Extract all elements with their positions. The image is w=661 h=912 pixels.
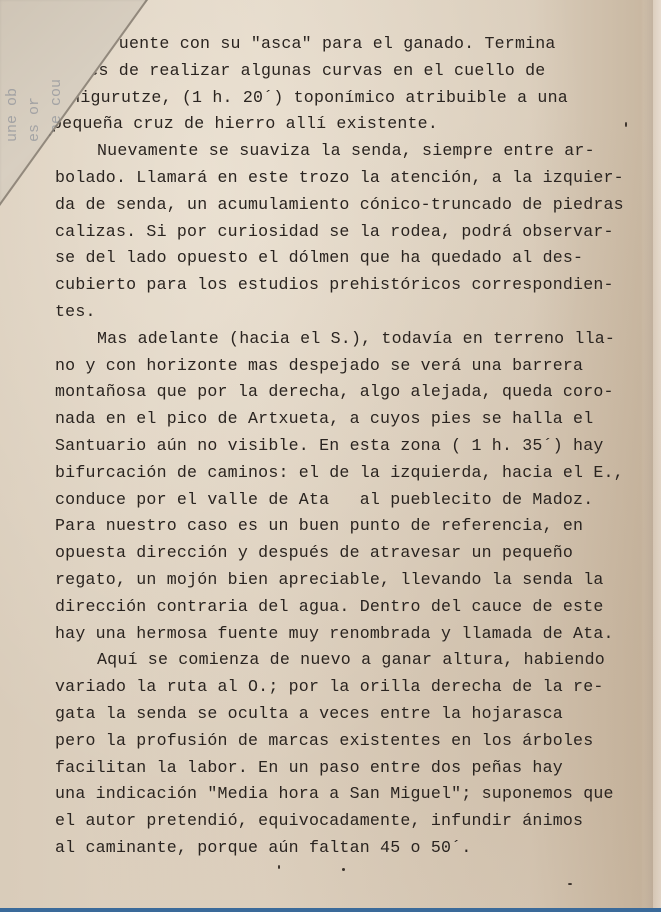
text-line: gata la senda se oculta a veces entre la…: [55, 701, 655, 728]
paragraph-first-line: Nuevamente se suaviza la senda, siempre …: [55, 138, 655, 165]
text-line: tes.: [55, 299, 655, 326]
text-line: bifurcación de caminos: el de la izquier…: [55, 460, 655, 487]
text-line: montañosa que por la derecha, algo aleja…: [55, 379, 655, 406]
text-line: variado la ruta al O.; por la orilla der…: [55, 674, 655, 701]
text-line: el autor pretendió, equivocadamente, inf…: [55, 808, 655, 835]
paragraph-first-line: Mas adelante (hacia el S.), todavía en t…: [55, 326, 655, 353]
text-line: bolado. Llamará en este trozo la atenció…: [55, 165, 655, 192]
text-line: una indicación "Media hora a San Miguel"…: [55, 781, 655, 808]
text-line: hay una hermosa fuente muy renombrada y …: [55, 621, 655, 648]
paper-page: una fuente con su "asca" para el ganado.…: [0, 0, 661, 908]
text-line: cubierto para los estudios prehistóricos…: [55, 272, 655, 299]
text-line: facilitan la labor. En un paso entre dos…: [55, 755, 655, 782]
text-line: nada en el pico de Artxueta, a cuyos pie…: [55, 406, 655, 433]
text-line: pero la profusión de marcas existentes e…: [55, 728, 655, 755]
typewritten-body: una fuente con su "asca" para el ganado.…: [55, 31, 655, 862]
text-line: Para nuestro caso es un buen punto de re…: [55, 513, 655, 540]
scan-bottom-border: [0, 908, 661, 912]
text-line: conduce por el valle de Ata al pueblecit…: [55, 487, 655, 514]
ink-speck: [342, 868, 345, 871]
ink-speck: [278, 865, 280, 869]
text-line: dirección contraria del agua. Dentro del…: [55, 594, 655, 621]
ink-speck: [568, 883, 572, 885]
text-line: al caminante, porque aún faltan 45 o 50´…: [55, 835, 655, 862]
text-line: Santuario aún no visible. En esta zona (…: [55, 433, 655, 460]
ink-speck: [625, 122, 627, 127]
text-line: una fuente con su "asca" para el ganado.…: [55, 31, 655, 58]
bleed-line: une ob: [2, 2, 24, 142]
text-line: pués de realizar algunas curvas en el cu…: [55, 58, 655, 85]
text-line: rnigurutze, (1 h. 20´) toponímico atribu…: [55, 85, 655, 112]
text-line: regato, un mojón bien apreciable, llevan…: [55, 567, 655, 594]
text-line: calizas. Si por curiosidad se la rodea, …: [55, 219, 655, 246]
text-line: se del lado opuesto el dólmen que ha que…: [55, 245, 655, 272]
text-line: no y con horizonte mas despejado se verá…: [55, 353, 655, 380]
text-line: da de senda, un acumulamiento cónico-tru…: [55, 192, 655, 219]
paragraph-first-line: Aquí se comienza de nuevo a ganar altura…: [55, 647, 655, 674]
bleed-line: es or: [24, 2, 46, 142]
text-line: pequeña cruz de hierro allí existente.: [52, 111, 655, 138]
text-line: opuesta dirección y después de atravesar…: [55, 540, 655, 567]
